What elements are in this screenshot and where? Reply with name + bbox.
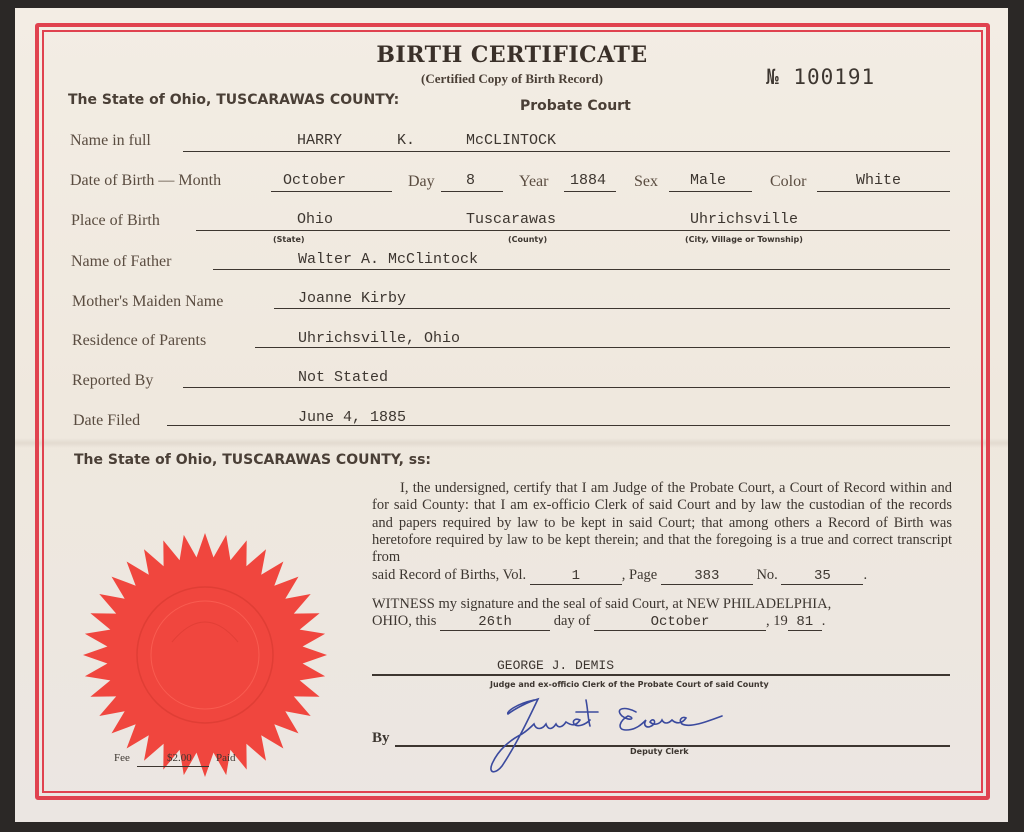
fee-status: Paid	[216, 752, 236, 764]
sex-rule	[669, 191, 752, 192]
place-of-birth-label: Place of Birth	[71, 212, 160, 230]
city-caption: (City, Village or Township)	[685, 235, 803, 244]
record-period: .	[863, 567, 867, 583]
color-label: Color	[770, 173, 806, 191]
birth-city: Uhrichsville	[690, 211, 798, 228]
certification-header: The State of Ohio, TUSCARAWAS COUNTY, ss…	[74, 452, 431, 468]
color-value: White	[856, 172, 901, 189]
court-seal-icon	[82, 532, 328, 778]
reported-by-rule	[183, 387, 950, 388]
witness-line-1: WITNESS my signature and the seal of sai…	[372, 596, 831, 613]
date-filed-value: June 4, 1885	[298, 409, 406, 426]
date-filed-rule	[167, 425, 950, 426]
court-name: Probate Court	[520, 98, 631, 114]
fee-rule	[137, 766, 209, 767]
dob-year-rule	[564, 191, 616, 192]
mother-rule	[274, 308, 950, 309]
birth-county: Tuscarawas	[466, 211, 556, 228]
name-label: Name in full	[70, 132, 151, 150]
mother-label: Mother's Maiden Name	[72, 293, 223, 311]
place-of-birth-rule	[196, 230, 950, 231]
dob-month-rule	[271, 191, 392, 192]
judge-name: GEORGE J. DEMIS	[497, 658, 614, 673]
fee-label: Fee	[114, 752, 130, 764]
witness-prefix: OHIO, this	[372, 613, 436, 629]
no-label: No.	[756, 567, 777, 583]
dob-day: 8	[466, 172, 475, 189]
witness-year-prefix: , 19	[766, 613, 788, 629]
certificate-number: № 100191	[766, 65, 875, 89]
dob-day-label: Day	[408, 173, 435, 191]
county-caption: (County)	[508, 235, 547, 244]
color-rule	[817, 191, 950, 192]
father-value: Walter A. McClintock	[298, 251, 478, 268]
certification-paragraph: I, the undersigned, certify that I am Ju…	[372, 480, 952, 566]
dob-year: 1884	[570, 172, 606, 189]
deputy-signature-icon	[476, 690, 746, 780]
witness-day: 26th	[440, 615, 550, 631]
sex-value: Male	[690, 172, 726, 189]
name-first: HARRY	[297, 132, 342, 149]
mother-value: Joanne Kirby	[298, 290, 406, 307]
name-rule	[183, 151, 950, 152]
dob-year-label: Year	[519, 173, 548, 191]
date-filed-label: Date Filed	[73, 412, 140, 430]
fee-amount: $2.00	[167, 752, 192, 764]
by-label: By	[372, 730, 390, 747]
dob-month: October	[283, 172, 346, 189]
father-label: Name of Father	[71, 253, 171, 271]
residence-value: Uhrichsville, Ohio	[298, 330, 460, 347]
witness-year: 81	[788, 615, 822, 631]
dob-day-rule	[441, 191, 503, 192]
residence-label: Residence of Parents	[72, 332, 206, 350]
certificate-number-value: 100191	[793, 65, 875, 89]
certification-text: I, the undersigned, certify that I am Ju…	[372, 480, 952, 585]
name-middle: K.	[397, 132, 415, 149]
witness-line-2: OHIO, this 26th day of October, 1981.	[372, 613, 825, 631]
record-prefix: said Record of Births, Vol.	[372, 567, 526, 583]
state-caption: (State)	[273, 235, 305, 244]
sex-label: Sex	[634, 173, 658, 191]
page-label: , Page	[622, 567, 657, 583]
number-sign-icon: №	[766, 65, 780, 89]
father-rule	[213, 269, 950, 270]
judge-caption: Judge and ex-officio Clerk of the Probat…	[490, 680, 769, 689]
residence-rule	[255, 347, 950, 348]
record-page: 383	[661, 569, 753, 585]
witness-month: October	[594, 615, 766, 631]
birth-state: Ohio	[297, 211, 333, 228]
state-county-header: The State of Ohio, TUSCARAWAS COUNTY:	[68, 92, 399, 108]
reported-by-label: Reported By	[72, 372, 153, 390]
dob-label: Date of Birth — Month	[70, 172, 221, 190]
reported-by-value: Not Stated	[298, 369, 388, 386]
judge-signature-rule	[372, 674, 950, 676]
record-reference-line: said Record of Births, Vol. 1, Page 383 …	[372, 567, 952, 585]
record-vol: 1	[530, 569, 622, 585]
record-no: 35	[781, 569, 863, 585]
witness-day-of: day of	[554, 613, 591, 629]
name-last: McCLINTOCK	[466, 132, 556, 149]
